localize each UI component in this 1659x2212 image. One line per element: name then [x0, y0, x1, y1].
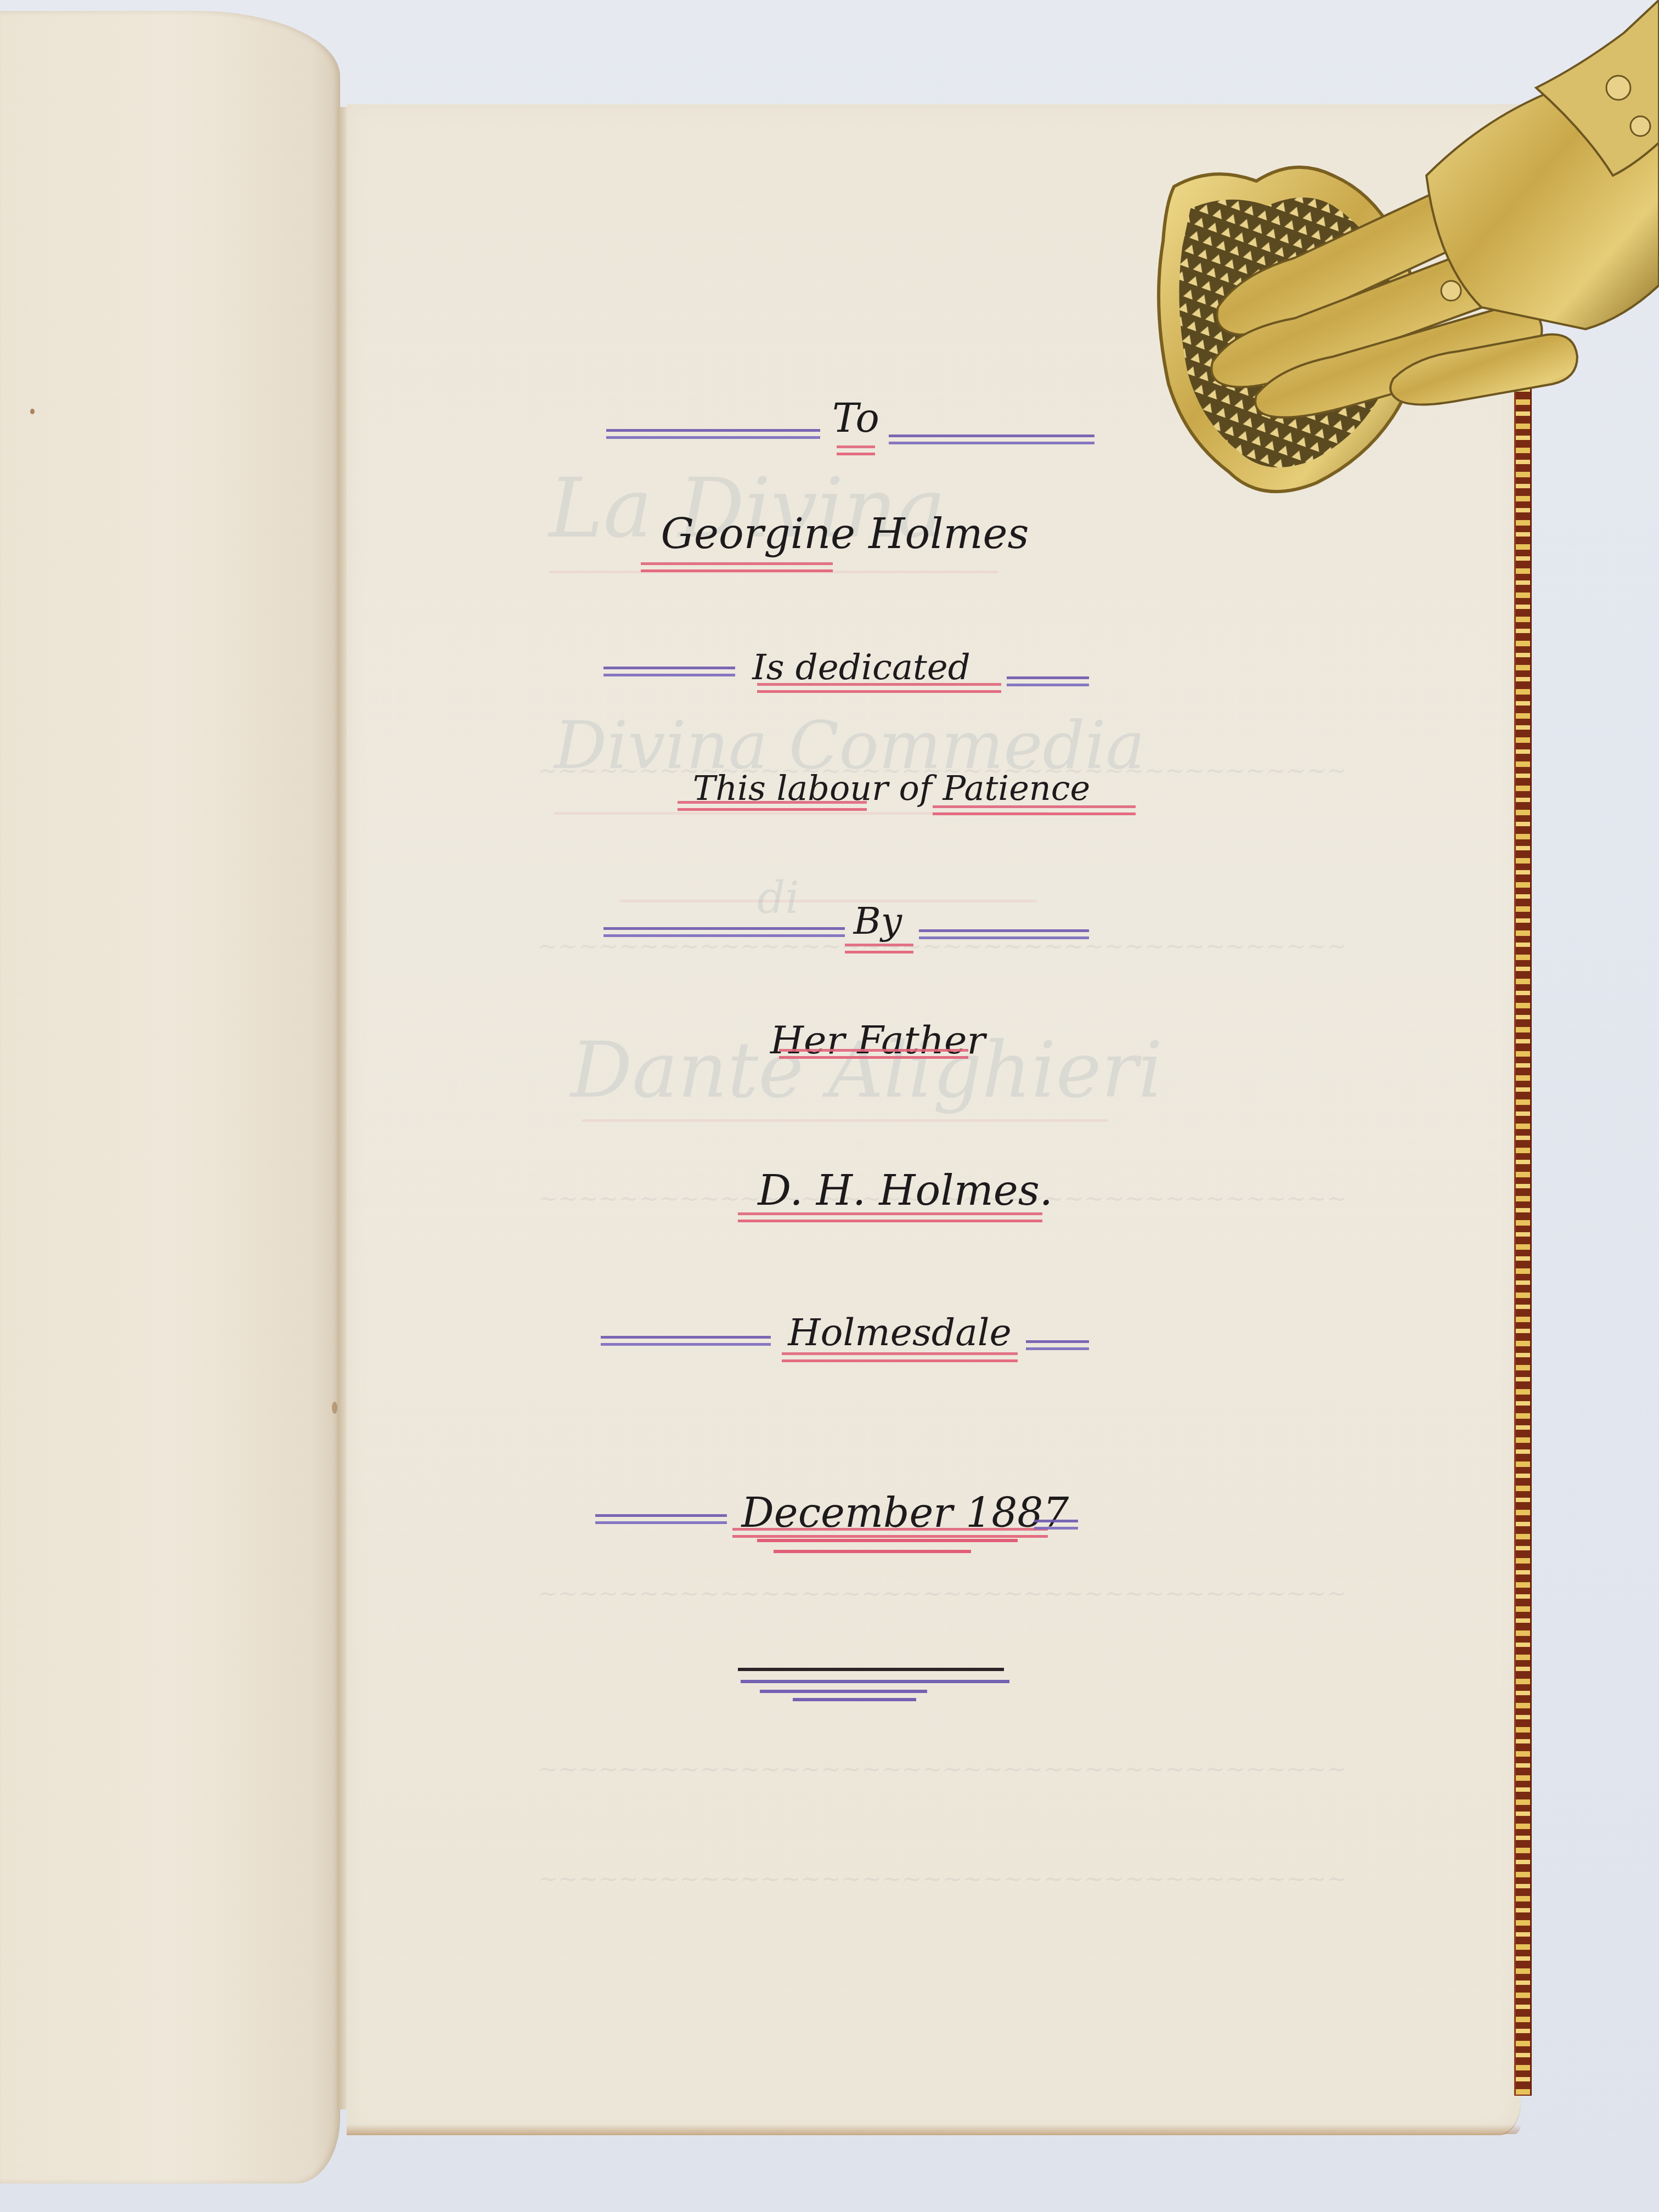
decorative-rule-purple [889, 435, 1094, 444]
brass-hand-clip-icon [1152, 0, 1659, 549]
decorative-rule-purple [595, 1514, 727, 1524]
dedication-recipient: Georgine Holmes [661, 509, 1029, 558]
dedication-place: Holmesdale [788, 1311, 1012, 1355]
underline-red [738, 1212, 1042, 1222]
underline-red [641, 562, 833, 572]
terminal-rule-purple [760, 1690, 927, 1693]
dedication-is-dedicated: Is dedicated [752, 647, 970, 688]
underline-red [779, 1049, 968, 1059]
bleed-through-rule [582, 1119, 1108, 1122]
bleed-through-rule [620, 900, 1037, 902]
gilt-page-edge [1514, 351, 1532, 2096]
decorative-rule-purple [603, 927, 845, 937]
underline-red [782, 1352, 1018, 1362]
underline-red [774, 1550, 971, 1553]
bleed-through-verse: ~~~~~~~~~~~~~~~~~~~~~~~~~~~~~~~~~~~~~~~~ [538, 1580, 1347, 1608]
terminal-rule-purple [741, 1680, 1009, 1683]
foxing-spot [332, 1402, 337, 1414]
decorative-rule-purple [1007, 676, 1089, 686]
underline-red [933, 805, 1136, 815]
bleed-through-verse: ~~~~~~~~~~~~~~~~~~~~~~~~~~~~~~~~~~~~~~~~ [538, 1756, 1347, 1784]
decorative-rule-purple [1034, 1520, 1078, 1530]
decorative-rule-purple [919, 929, 1089, 939]
dedication-to: To [832, 395, 879, 441]
dedication-author-signature: D. H. Holmes. [758, 1166, 1053, 1215]
underline-red [757, 1539, 1018, 1542]
decorative-rule-purple [603, 667, 735, 676]
decorative-rule-purple [1026, 1340, 1089, 1350]
underline-red [678, 801, 867, 811]
dedication-by: By [854, 900, 902, 943]
decorative-rule-purple [606, 429, 820, 439]
terminal-rule-black [738, 1668, 1004, 1671]
foxing-spot [30, 409, 35, 414]
terminal-rule-purple [793, 1698, 916, 1701]
underline-red [732, 1528, 1048, 1538]
decorative-rule-purple [601, 1336, 771, 1346]
underline-red [757, 683, 1001, 693]
bleed-through-verse: ~~~~~~~~~~~~~~~~~~~~~~~~~~~~~~~~~~~~~~~~ [538, 1865, 1347, 1893]
underline-red [837, 445, 875, 455]
underline-red [845, 944, 913, 953]
left-page [0, 11, 340, 2183]
